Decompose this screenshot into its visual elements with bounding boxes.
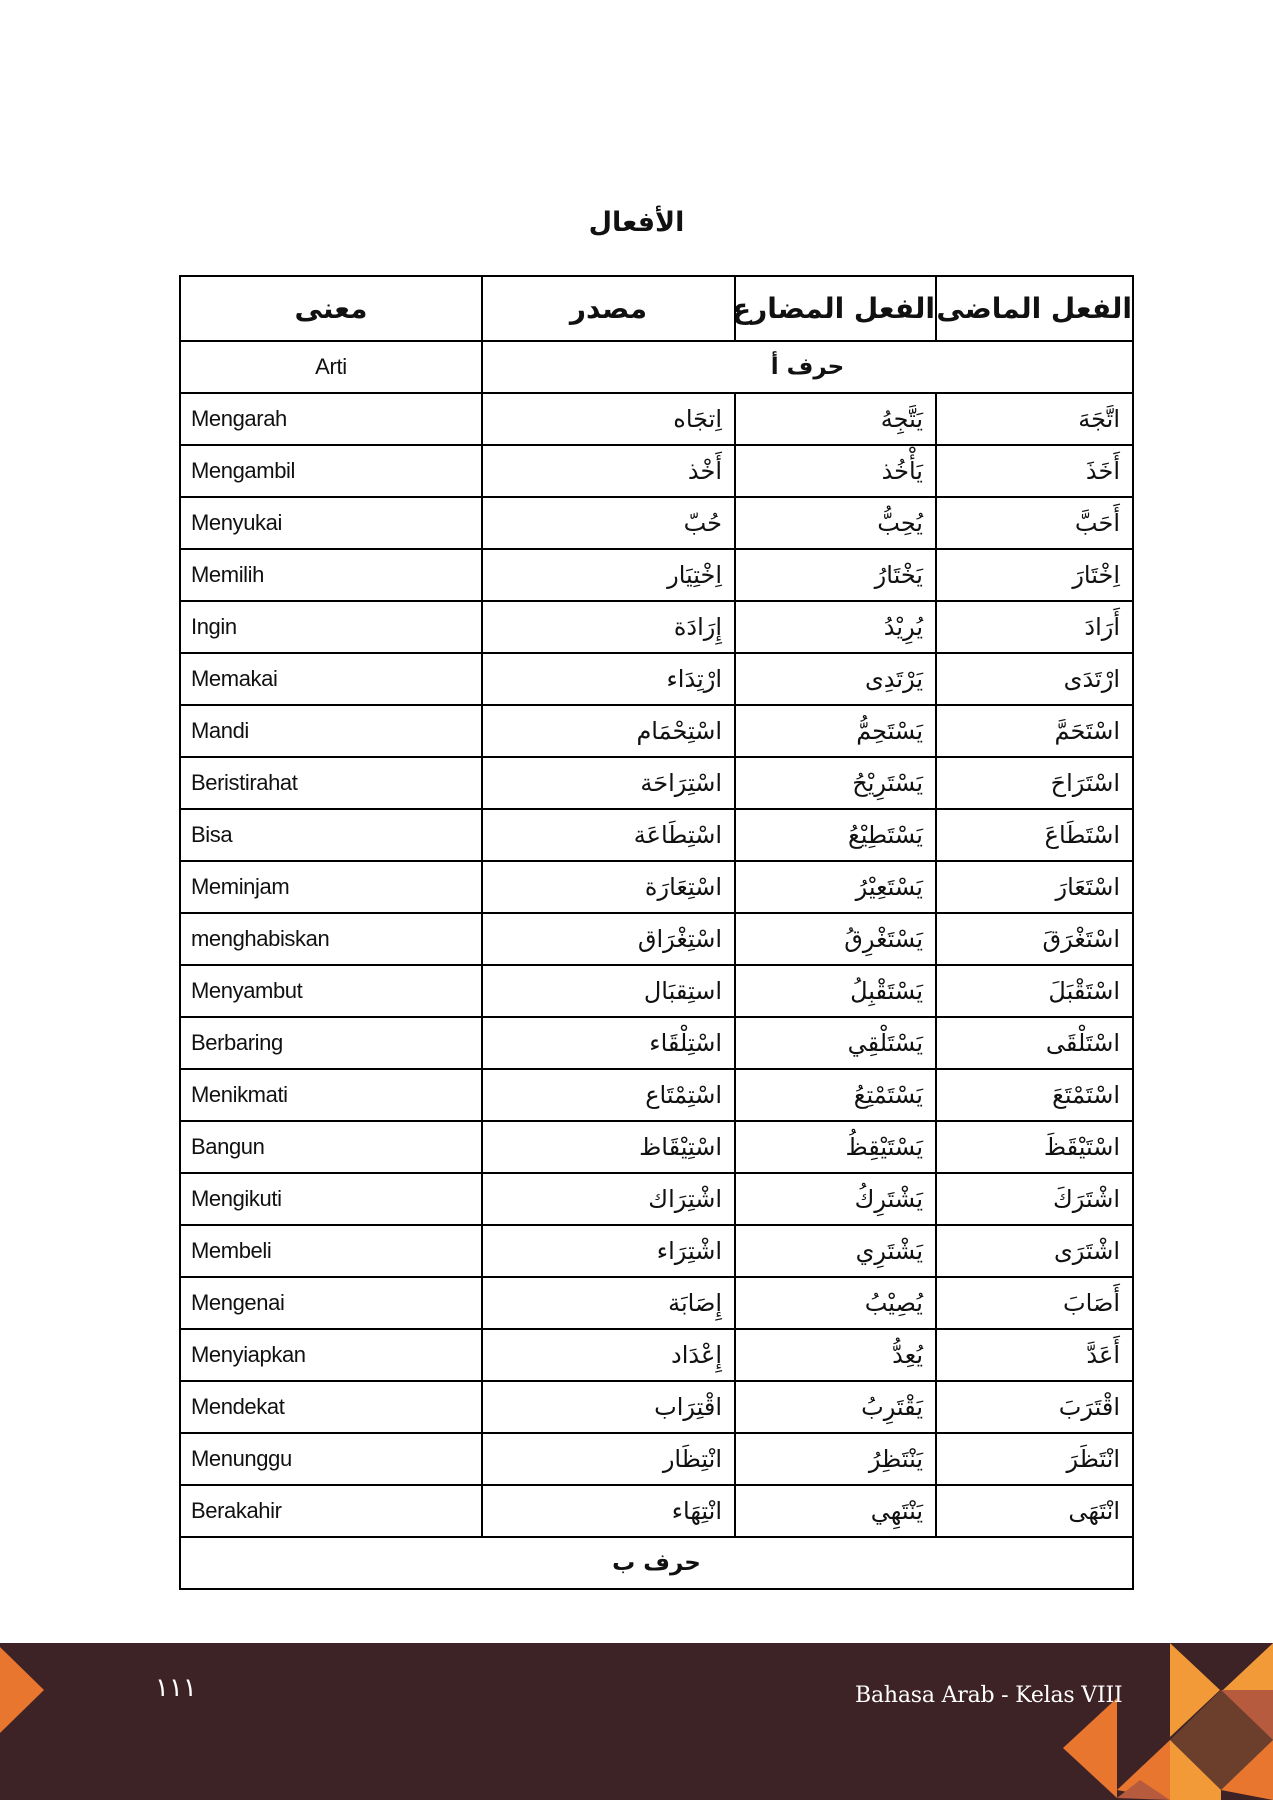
footer-decoration xyxy=(0,0,1273,1800)
book-title: Bahasa Arab - Kelas VIII xyxy=(855,1683,1122,1708)
left-triangle-decoration xyxy=(0,1647,44,1733)
deco-tri-1 xyxy=(1063,1698,1117,1798)
